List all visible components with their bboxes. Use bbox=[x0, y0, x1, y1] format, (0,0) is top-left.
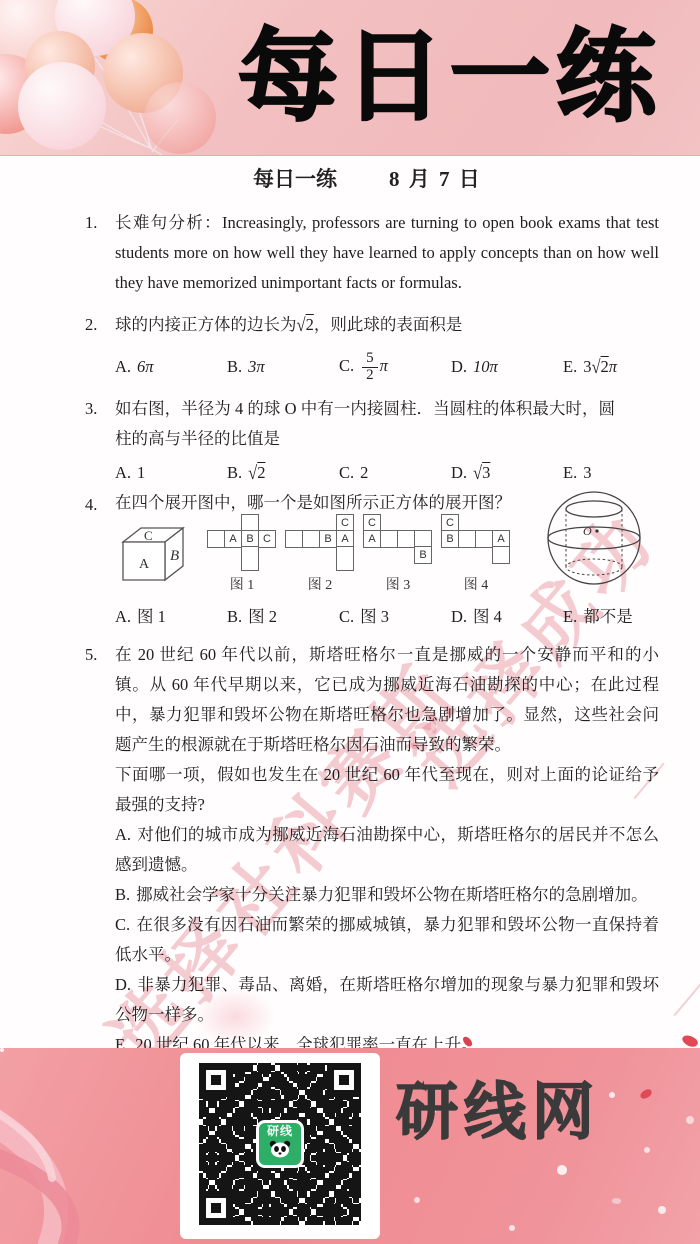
option-a: A.6π bbox=[115, 352, 227, 382]
question-4-options: A.图 1 B.图 2 C.图 3 D.图 4 E.都不是 bbox=[115, 602, 659, 632]
option-c: C.52π bbox=[339, 351, 451, 384]
cube-right-label: B bbox=[170, 548, 179, 564]
sqrt-radical: √3 bbox=[473, 463, 490, 482]
option-b: B.3π bbox=[227, 352, 339, 382]
option-c: C.图 3 bbox=[339, 602, 451, 632]
petal-decoration bbox=[681, 1032, 700, 1049]
question-3-options: A.1 B.√2 C.2 D.√3 E.3 bbox=[115, 458, 659, 488]
option-b: B.√2 bbox=[227, 458, 339, 488]
banner: 每日一练 bbox=[0, 0, 700, 156]
net-1-caption: 图 1 bbox=[207, 574, 277, 594]
questions-area: 1. 长难句分析：Increasingly, professors are tu… bbox=[85, 200, 659, 1060]
question-3-text: 如右图，半径为 4 的球 O 中有一内接圆柱．当圆柱的体积最大时，圆柱的高与半径… bbox=[115, 394, 615, 454]
subheader: 每日一练 8 月 7 日 bbox=[253, 163, 482, 193]
cube-figure: A B C bbox=[115, 522, 193, 591]
net-figure-2: C B A 图 2 bbox=[285, 514, 355, 598]
brand-name: 研线网 bbox=[396, 1062, 600, 1151]
question-5: 5. 在 20 世纪 60 年代以前，斯塔旺格尔一直是挪威的一个安静而平和的小镇… bbox=[85, 640, 659, 1060]
option-c: C.2 bbox=[339, 458, 451, 488]
question-1-number: 1. bbox=[85, 208, 115, 298]
question-4-number: 4. bbox=[85, 490, 115, 632]
question-5-stem: 在 20 世纪 60 年代以前，斯塔旺格尔一直是挪威的一个安静而平和的小镇。从 … bbox=[115, 640, 659, 760]
qr-center-logo: 研线 bbox=[256, 1120, 304, 1168]
cube-front-label: A bbox=[139, 557, 150, 572]
daily-practice-worksheet: 每日一练 每日一练 8 月 7 日 选择社科赛斯 选择成功 O 1. 长难句分析… bbox=[0, 0, 700, 1244]
sqrt-radical: √2 bbox=[248, 463, 265, 482]
qr-logo-text: 研线 bbox=[267, 1123, 293, 1140]
net-3-caption: 图 3 bbox=[363, 574, 433, 594]
option-d: D.非暴力犯罪、毒品、离婚，在斯塔旺格尔增加的现象与暴力犯罪和毁坏公物一样多。 bbox=[115, 970, 659, 1030]
question-5-number: 5. bbox=[85, 640, 115, 1060]
option-a: A.对他们的城市成为挪威近海石油勘探中心，斯塔旺格尔的居民并不怎么感到遗憾。 bbox=[115, 820, 659, 880]
ribbon-decoration bbox=[0, 1048, 202, 1244]
option-d: D.图 4 bbox=[451, 602, 563, 632]
question-1-text: 长难句分析：Increasingly, professors are turni… bbox=[115, 208, 659, 298]
option-e: E.3√2π bbox=[563, 352, 659, 382]
balloons-illustration bbox=[0, 0, 225, 155]
sqrt-radical: √2 bbox=[591, 357, 608, 376]
option-d: D.√3 bbox=[451, 458, 563, 488]
net-2-caption: 图 2 bbox=[285, 574, 355, 594]
question-2: 2. 球的内接正方体的边长为√2，则此球的表面积是 A.6π B.3π C.52… bbox=[85, 310, 659, 390]
option-b: B.图 2 bbox=[227, 602, 339, 632]
question-4-figures: A B C A B C 图 1 bbox=[115, 512, 659, 596]
question-2-number: 2. bbox=[85, 310, 115, 390]
sqrt-radical: √2 bbox=[297, 315, 314, 334]
panda-icon bbox=[268, 1140, 292, 1158]
option-e: E.3 bbox=[563, 458, 659, 488]
option-d: D.10π bbox=[451, 352, 563, 382]
confetti-dots bbox=[0, 1048, 4, 1052]
qr-finder-pattern bbox=[199, 1063, 233, 1097]
option-c: C.在很多没有因石油而繁荣的挪威城镇，暴力犯罪和毁坏公物一直保持着低水平。 bbox=[115, 910, 659, 970]
question-3-number: 3. bbox=[85, 394, 115, 488]
question-1: 1. 长难句分析：Increasingly, professors are tu… bbox=[85, 208, 659, 298]
option-b: B.挪威社会学家十分关注暴力犯罪和毁坏公物在斯塔旺格尔的急剧增加。 bbox=[115, 880, 659, 910]
question-4: 4. 在四个展开图中，哪一个是如图所示正方体的展开图？ A B bbox=[85, 490, 659, 632]
subheader-title: 每日一练 bbox=[253, 163, 337, 193]
petal-decoration bbox=[611, 1197, 621, 1205]
cube-top-label: C bbox=[144, 528, 153, 543]
qr-finder-pattern bbox=[327, 1063, 361, 1097]
net-4-caption: 图 4 bbox=[441, 574, 511, 594]
page-title: 每日一练 bbox=[225, 8, 675, 148]
footer-banner: 研线 研线网 bbox=[0, 1048, 700, 1244]
net-figure-4: C B A 图 4 bbox=[441, 514, 511, 598]
question-2-text: 球的内接正方体的边长为√2，则此球的表面积是 bbox=[115, 310, 659, 340]
qr-finder-pattern bbox=[199, 1191, 233, 1225]
net-figure-1: A B C 图 1 bbox=[207, 514, 277, 598]
net-figure-3: C A B 图 3 bbox=[363, 514, 433, 598]
question-3: 3. 如右图，半径为 4 的球 O 中有一内接圆柱．当圆柱的体积最大时，圆柱的高… bbox=[85, 394, 659, 488]
qr-card: 研线 bbox=[180, 1053, 380, 1239]
fraction: 52 bbox=[362, 351, 378, 384]
option-e: E.都不是 bbox=[563, 602, 659, 632]
option-a: A.1 bbox=[115, 458, 227, 488]
decorative-scratch bbox=[673, 980, 700, 1017]
subheader-date: 8 月 7 日 bbox=[389, 163, 482, 193]
question-5-question: 下面哪一项，假如也发生在 20 世纪 60 年代至现在，则对上面的论证给予最强的… bbox=[115, 760, 659, 820]
petal-decoration bbox=[639, 1088, 653, 1100]
question-2-options: A.6π B.3π C.52π D.10π E.3√2π bbox=[115, 344, 659, 390]
qr-code: 研线 bbox=[199, 1063, 361, 1225]
option-a: A.图 1 bbox=[115, 602, 227, 632]
